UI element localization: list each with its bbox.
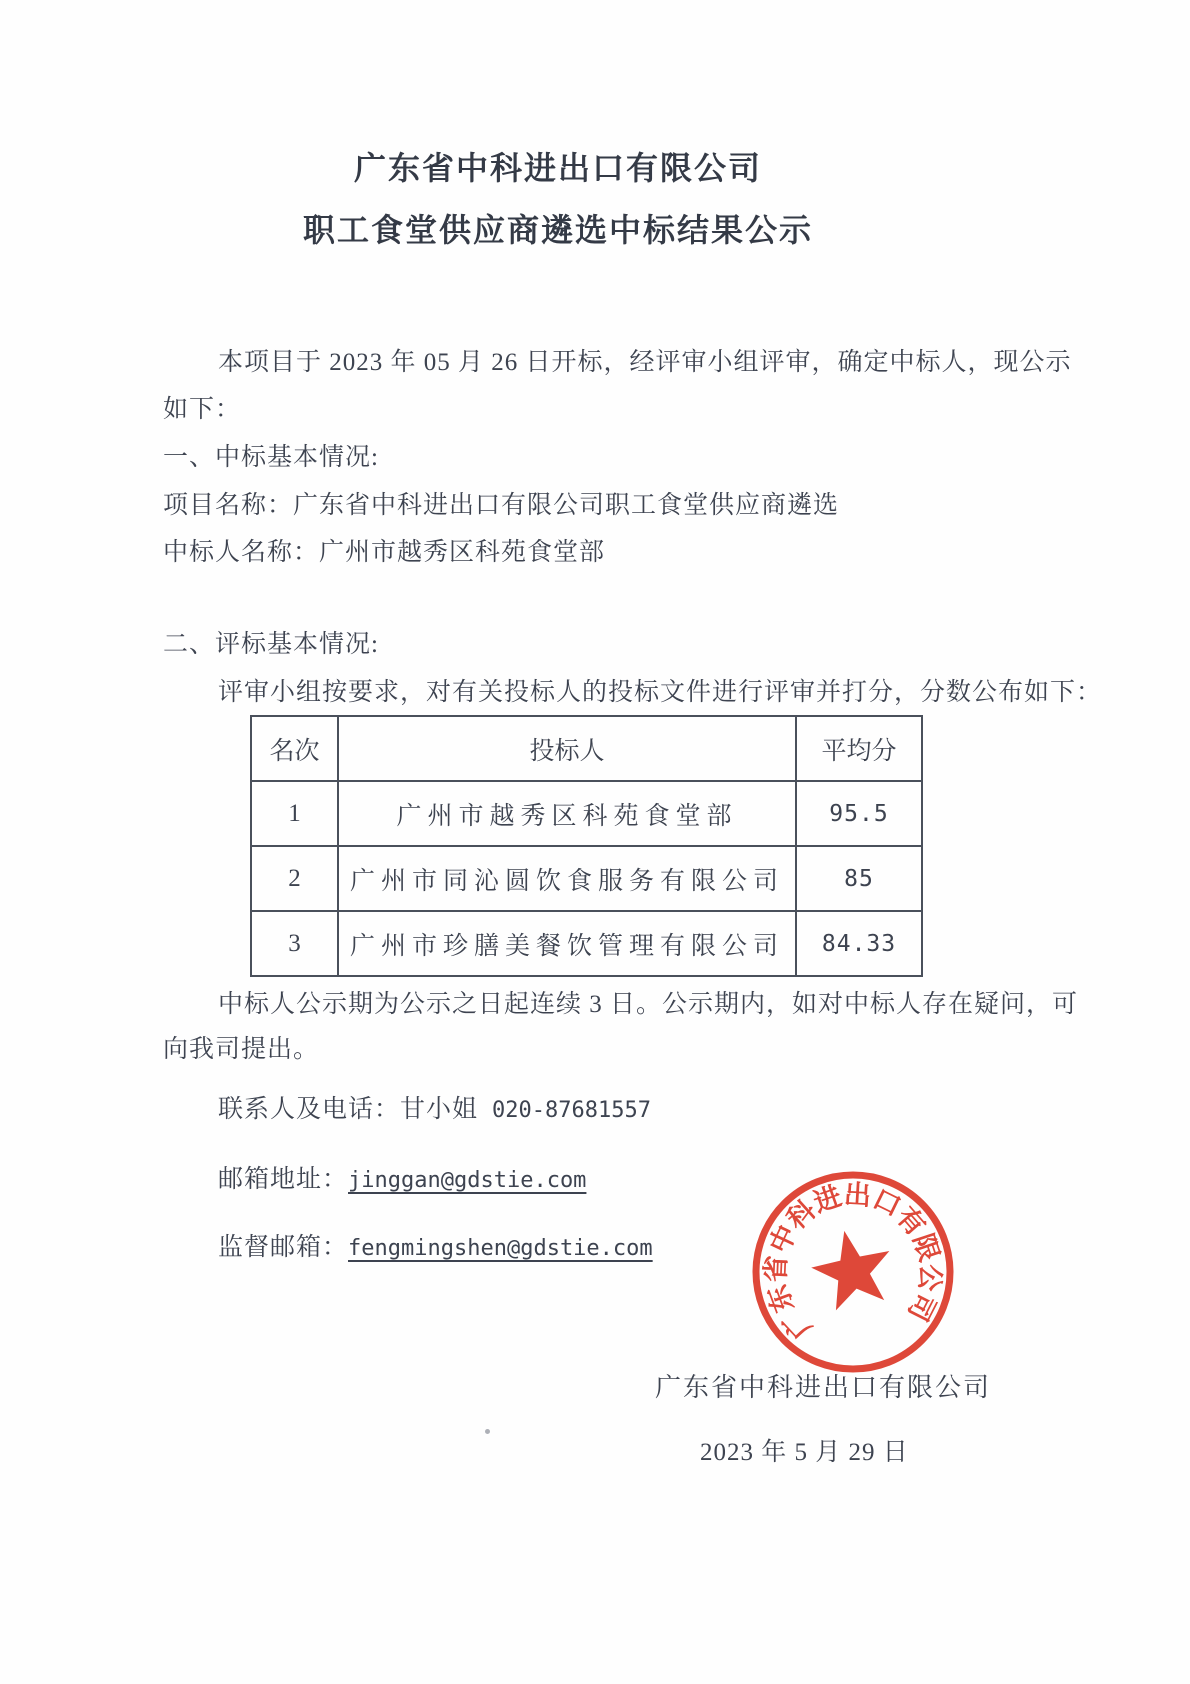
svg-text:广: 广 bbox=[777, 1304, 817, 1344]
header-rank: 名次 bbox=[251, 716, 338, 781]
notice-line2: 向我司提出。 bbox=[163, 1032, 319, 1068]
seal-star-icon bbox=[805, 1223, 899, 1314]
project-name-line: 项目名称：广东省中科进出口有限公司职工食堂供应商遴选 bbox=[163, 488, 839, 524]
contact-email-label: 邮箱地址： bbox=[218, 1166, 348, 1193]
intro-paragraph-line2: 如下： bbox=[163, 392, 241, 428]
supervise-email-value: fengmingshen@gdstie.com bbox=[348, 1236, 653, 1261]
bidder-cell: 广州市珍膳美餐饮管理有限公司 bbox=[338, 911, 796, 976]
header-score: 平均分 bbox=[796, 716, 922, 781]
svg-text:有: 有 bbox=[891, 1201, 931, 1241]
svg-text:东: 东 bbox=[762, 1281, 799, 1317]
contact-phone-label: 联系人及电话：甘小姐 bbox=[218, 1096, 478, 1123]
contact-email-line: 邮箱地址：jinggan@gdstie.com bbox=[218, 1162, 586, 1199]
signature-date: 2023 年 5 月 29 日 bbox=[700, 1432, 909, 1468]
scan-dot bbox=[485, 1429, 490, 1434]
rank-cell: 2 bbox=[251, 846, 338, 911]
evaluation-intro-line: 评审小组按要求，对有关投标人的投标文件进行评审并打分，分数公布如下： bbox=[218, 675, 1102, 711]
rank-cell: 1 bbox=[251, 781, 338, 846]
svg-text:公: 公 bbox=[914, 1263, 946, 1292]
supervise-email-label: 监督邮箱： bbox=[218, 1234, 348, 1261]
score-cell: 85 bbox=[796, 846, 922, 911]
seal-ring bbox=[756, 1175, 950, 1369]
score-table-row: 1 广州市越秀区科苑食堂部 95.5 bbox=[251, 781, 922, 846]
contact-email-value: jinggan@gdstie.com bbox=[348, 1168, 586, 1193]
doc-title-line2: 职工食堂供应商遴选中标结果公示 bbox=[163, 205, 953, 251]
score-cell: 95.5 bbox=[796, 781, 922, 846]
score-table-row: 2 广州市同沁圆饮食服务有限公司 85 bbox=[251, 846, 922, 911]
document-page: 广东省中科进出口有限公司 职工食堂供应商遴选中标结果公示 本项目于 2023 年… bbox=[0, 0, 1190, 1684]
svg-text:科: 科 bbox=[781, 1195, 821, 1235]
bidder-cell: 广州市同沁圆饮食服务有限公司 bbox=[338, 846, 796, 911]
notice-line1: 中标人公示期为公示之日起连续 3 日。公示期内，如对中标人存在疑问，可 bbox=[218, 987, 1078, 1023]
score-table: 名次 投标人 平均分 1 广州市越秀区科苑食堂部 95.5 2 广州市同沁圆饮食… bbox=[250, 715, 923, 977]
bidder-cell: 广州市越秀区科苑食堂部 bbox=[338, 781, 796, 846]
signature-company-name: 广东省中科进出口有限公司 bbox=[655, 1367, 991, 1404]
rank-cell: 3 bbox=[251, 911, 338, 976]
svg-text:司: 司 bbox=[902, 1288, 941, 1326]
doc-title-line1: 广东省中科进出口有限公司 bbox=[163, 143, 953, 189]
score-cell: 84.33 bbox=[796, 911, 922, 976]
section1-heading: 一、中标基本情况: bbox=[163, 440, 379, 476]
company-seal: 广东省中科进出口有限公司 bbox=[745, 1164, 961, 1380]
seal-arc-text: 广东省中科进出口有限公司 bbox=[748, 1167, 954, 1348]
header-bidder: 投标人 bbox=[338, 716, 796, 781]
svg-text:限: 限 bbox=[908, 1230, 945, 1265]
supervise-email-line: 监督邮箱：fengmingshen@gdstie.com bbox=[218, 1230, 653, 1267]
intro-paragraph-line1: 本项目于 2023 年 05 月 26 日开标，经评审小组评审，确定中标人，现公… bbox=[218, 345, 1072, 381]
score-table-row: 3 广州市珍膳美餐饮管理有限公司 84.33 bbox=[251, 911, 922, 976]
winner-name-line: 中标人名称：广州市越秀区科苑食堂部 bbox=[163, 535, 605, 571]
svg-text:出: 出 bbox=[843, 1179, 872, 1211]
svg-text:省: 省 bbox=[761, 1255, 792, 1283]
svg-text:进: 进 bbox=[810, 1181, 845, 1218]
contact-phone-line: 联系人及电话：甘小姐020-87681557 bbox=[218, 1092, 651, 1129]
contact-phone-number: 020-87681557 bbox=[492, 1098, 651, 1123]
section2-heading: 二、评标基本情况: bbox=[163, 627, 379, 663]
score-table-header-row: 名次 投标人 平均分 bbox=[251, 716, 922, 781]
svg-text:口: 口 bbox=[868, 1183, 905, 1222]
svg-text:中: 中 bbox=[764, 1221, 803, 1258]
